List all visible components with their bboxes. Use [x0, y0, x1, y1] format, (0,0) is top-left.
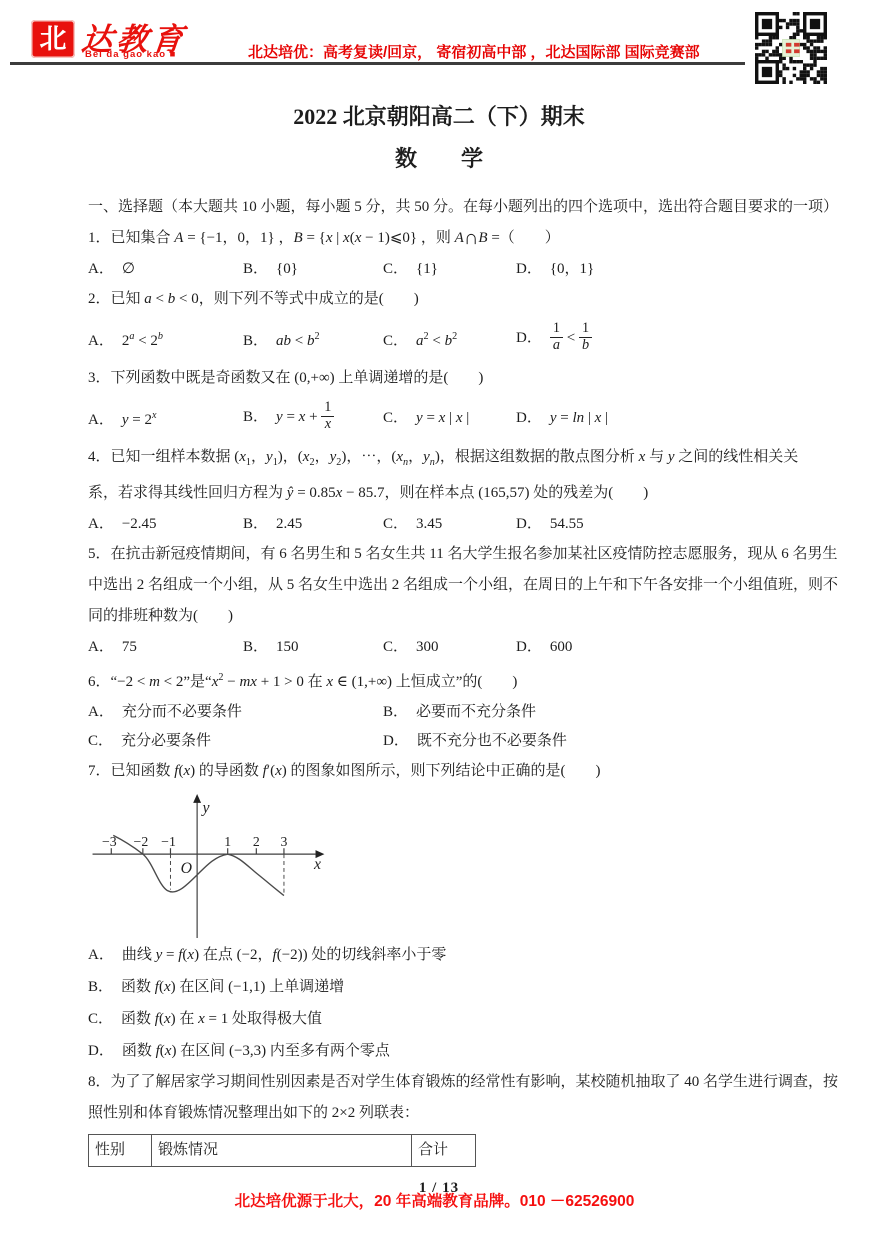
tick-label-neg2: −2 — [134, 834, 149, 849]
table-header-gender: 性别 — [89, 1135, 152, 1167]
tick-label-1: 1 — [224, 834, 231, 849]
tick-label-neg1: −1 — [161, 834, 176, 849]
question-7-option-a: A．曲线 y = f(x) 在点 (−2，f(−2)) 处的切线斜率小于零 — [88, 939, 790, 971]
question-4-options: A．−2.45 B．2.45 C．3.45 D．54.55 — [88, 509, 790, 539]
logo-seal: 北 — [31, 20, 75, 58]
question-3-option-c: C．y = x | x | — [383, 403, 516, 433]
x-axis-label: x — [313, 856, 321, 873]
contingency-table: 性别 锻炼情况 合计 — [88, 1134, 476, 1167]
question-6-option-b: B．必要而不充分条件 — [383, 698, 790, 727]
tick-label-3: 3 — [280, 834, 287, 849]
question-3-option-d: D．y = ln | x | — [516, 403, 790, 433]
question-6-option-d: D．既不充分也不必要条件 — [383, 727, 790, 756]
question-6: 6．“−2 < m < 2”是“x2 − mx + 1 > 0 在 x ∈ (1… — [88, 662, 790, 756]
question-7: 7．已知函数 f(x) 的导函数 f′(x) 的图象如图所示，则下列结论中正确的… — [88, 756, 790, 1067]
table-header-exercise: 锻炼情况 — [152, 1135, 412, 1167]
logo-subtext: Bei da gao kao ■ — [85, 49, 176, 60]
header-divider — [10, 62, 745, 65]
question-7-options: A．曲线 y = f(x) 在点 (−2，f(−2)) 处的切线斜率小于零 B．… — [88, 939, 790, 1067]
y-arrow — [193, 794, 201, 803]
question-6-options: A．充分而不必要条件 B．必要而不充分条件 C．充分必要条件 D．既不充分也不必… — [88, 698, 790, 756]
question-5-stem: 5．在抗击新冠疫情期间，有 6 名男生和 5 名女生共 11 名大学生报名参加某… — [88, 539, 790, 632]
question-1: 1．已知集合 A = {−1，0，1} ，B = {x | x(x − 1)⩽0… — [88, 223, 790, 284]
page-title: 2022 北京朝阳高二（下）期末 — [88, 102, 790, 132]
question-1-option-b: B．{0} — [243, 254, 383, 284]
question-5-option-a: A．75 — [88, 632, 243, 662]
question-1-option-a: A．∅ — [88, 254, 243, 284]
y-axis-label: y — [201, 800, 210, 817]
question-5-option-d: D．600 — [516, 632, 790, 662]
question-7-option-c: C．函数 f(x) 在 x = 1 处取得极大值 — [88, 1003, 790, 1035]
question-6-option-a: A．充分而不必要条件 — [88, 698, 383, 727]
question-7-stem: 7．已知函数 f(x) 的导函数 f′(x) 的图象如图所示，则下列结论中正确的… — [88, 756, 790, 787]
question-1-option-c: C．{1} — [383, 254, 516, 284]
origin-label: O — [181, 860, 193, 877]
question-1-option-d: D．{0，1} — [516, 254, 790, 284]
question-2-stem: 2．已知 a < b < 0，则下列不等式中成立的是( ) — [88, 284, 790, 315]
tick-label-neg3: −3 — [102, 834, 117, 849]
question-5-option-c: C．300 — [383, 632, 516, 662]
question-5-options: A．75 B．150 C．300 D．600 — [88, 632, 790, 662]
question-5: 5．在抗击新冠疫情期间，有 6 名男生和 5 名女生共 11 名大学生报名参加某… — [88, 539, 790, 662]
question-6-stem: 6．“−2 < m < 2”是“x2 − mx + 1 > 0 在 x ∈ (1… — [88, 662, 790, 698]
question-2-options: A．2a < 2b B．ab < b2 C．a2 < b2 D．1a < 1b — [88, 315, 790, 363]
question-7-option-b: B．函数 f(x) 在区间 (−1,1) 上单调递增 — [88, 971, 790, 1003]
question-3-option-a: A．y = 2x — [88, 401, 243, 435]
question-3-stem: 3．下列函数中既是奇函数又在 (0,+∞) 上单调递增的是( ) — [88, 363, 790, 394]
question-4: 4．已知一组样本数据 (x1，y1)，(x2，y2)，⋯，(xn，yn)，根据这… — [88, 442, 790, 539]
question-4-option-c: C．3.45 — [383, 509, 516, 539]
derivative-function-graph: −3 −2 −1 1 2 3 O y x — [85, 790, 327, 938]
question-2-option-a: A．2a < 2b — [88, 322, 243, 356]
table-header-total: 合计 — [412, 1135, 476, 1167]
exam-content: 2022 北京朝阳高二（下）期末 数 学 一、选择题（本大题共 10 小题，每小… — [88, 100, 790, 1204]
question-3: 3．下列函数中既是奇函数又在 (0,+∞) 上单调递增的是( ) A．y = 2… — [88, 363, 790, 442]
subject-title: 数 学 — [88, 144, 790, 174]
question-7-option-d: D．函数 f(x) 在区间 (−3,3) 内至多有两个零点 — [88, 1035, 790, 1067]
header-tagline: 北达培优：高考复读/回京， 寄宿初高中部 ，北达国际部 国际竞赛部 — [248, 41, 700, 62]
question-3-option-b: B．y = x + 1x — [243, 402, 383, 434]
question-4-option-a: A．−2.45 — [88, 509, 243, 539]
table-header-row: 性别 锻炼情况 合计 — [89, 1135, 476, 1167]
logo-seal-char: 北 — [40, 24, 67, 54]
section-heading: 一、选择题（本大题共 10 小题，每小题 5 分，共 50 分。在每小题列出的四… — [88, 192, 790, 223]
question-4-option-d: D．54.55 — [516, 509, 790, 539]
question-8: 8．为了了解居家学习期间性别因素是否对学生体育锻炼的经常性有影响，某校随机抽取了… — [88, 1067, 790, 1167]
question-2-option-c: C．a2 < b2 — [383, 322, 516, 356]
question-6-option-c: C．充分必要条件 — [88, 727, 383, 756]
qr-code-icon — [755, 12, 827, 84]
question-1-stem: 1．已知集合 A = {−1，0，1} ，B = {x | x(x − 1)⩽0… — [88, 223, 790, 254]
footer-text: 北达培优源于北大，20 年高端教育品牌。010 －62526900 — [0, 1189, 869, 1211]
question-2-option-d: D．1a < 1b — [516, 323, 790, 355]
question-3-options: A．y = 2x B．y = x + 1x C．y = x | x | D．y … — [88, 394, 790, 442]
question-1-options: A．∅ B．{0} C．{1} D．{0，1} — [88, 254, 790, 284]
question-4-option-b: B．2.45 — [243, 509, 383, 539]
question-2: 2．已知 a < b < 0，则下列不等式中成立的是( ) A．2a < 2b … — [88, 284, 790, 363]
question-8-stem: 8．为了了解居家学习期间性别因素是否对学生体育锻炼的经常性有影响，某校随机抽取了… — [88, 1067, 790, 1129]
question-2-option-b: B．ab < b2 — [243, 322, 383, 356]
question-4-stem: 4．已知一组样本数据 (x1，y1)，(x2，y2)，⋯，(xn，yn)，根据这… — [88, 442, 790, 509]
question-5-option-b: B．150 — [243, 632, 383, 662]
tick-label-2: 2 — [253, 834, 260, 849]
